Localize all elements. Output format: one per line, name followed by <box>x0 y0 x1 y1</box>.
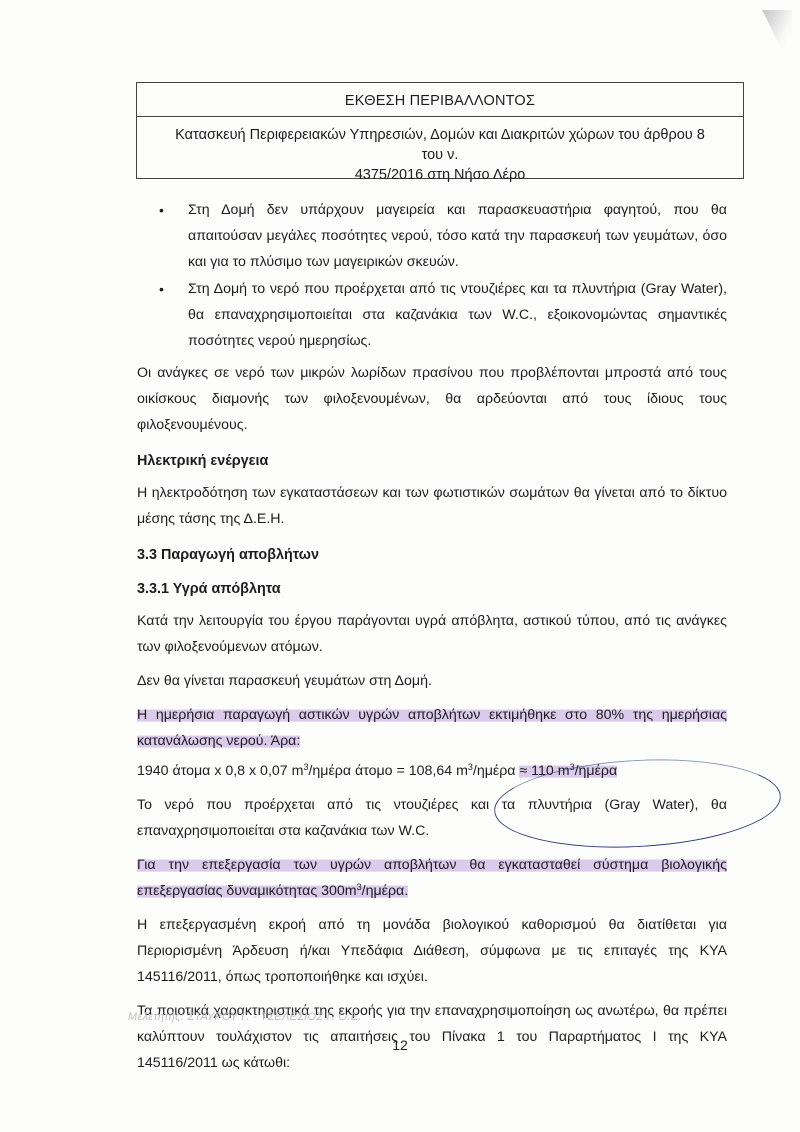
paragraph-treatment-system: Για την επεξεργασία των υγρών αποβλήτων … <box>137 852 727 904</box>
document-header: ΕΚΘΕΣΗ ΠΕΡΙΒΑΛΛΟΝΤΟΣ Κατασκευή Περιφερει… <box>136 82 744 179</box>
paragraph-effluent-disposal: Η επεξεργασμένη εκροή από τη μονάδα βιολ… <box>137 912 727 990</box>
paragraph-no-meals: Δεν θα γίνεται παρασκευή γευμάτων στη Δο… <box>137 668 727 694</box>
subtitle-line-1: Κατασκευή Περιφερειακών Υπηρεσιών, Δομών… <box>175 127 705 163</box>
bullet-item-kitchens: Στη Δομή δεν υπάρχουν μαγειρεία και παρα… <box>137 197 727 275</box>
report-title: ΕΚΘΕΣΗ ΠΕΡΙΒΑΛΛΟΝΤΟΣ <box>137 83 743 117</box>
page-number: 12 <box>0 1037 800 1053</box>
paragraph-daily-production: Η ημερήσια παραγωγή αστικών υγρών αποβλή… <box>137 702 727 754</box>
footer-author: Μελετητής: ΣΤΑΥΡΟΥ Γ. - ΤΣΕΛΕΣΙΟΣ Γ. Ο.Ε… <box>128 1011 362 1023</box>
highlighted-daily-production: Η ημερήσια παραγωγή αστικών υγρών αποβλή… <box>137 707 727 749</box>
document-body: Στη Δομή δεν υπάρχουν μαγειρεία και παρα… <box>137 197 727 1084</box>
highlighted-treatment-system: Για την επεξεργασία των υγρών αποβλήτων … <box>137 857 727 899</box>
paragraph-operation: Κατά την λειτουργία του έργου παράγονται… <box>137 608 727 660</box>
heading-electric-energy: Ηλεκτρική ενέργεια <box>137 448 727 474</box>
paragraph-electric: Η ηλεκτροδότηση των εγκαταστάσεων και τω… <box>137 480 727 532</box>
subtitle-line-2: 4375/2016 στη Νήσο Λέρο <box>355 167 526 183</box>
paragraph-green-strips: Οι ανάγκες σε νερό των μικρών λωρίδων πρ… <box>137 360 727 438</box>
heading-section-3-3-1: 3.3.1 Υγρά απόβλητα <box>137 576 727 602</box>
heading-section-3-3: 3.3 Παραγωγή αποβλήτων <box>137 542 727 568</box>
project-subtitle: Κατασκευή Περιφερειακών Υπηρεσιών, Δομών… <box>137 117 743 185</box>
scan-corner-fold <box>762 10 792 70</box>
bullet-item-gray-water: Στη Δομή το νερό που προέρχεται από τις … <box>137 276 727 354</box>
